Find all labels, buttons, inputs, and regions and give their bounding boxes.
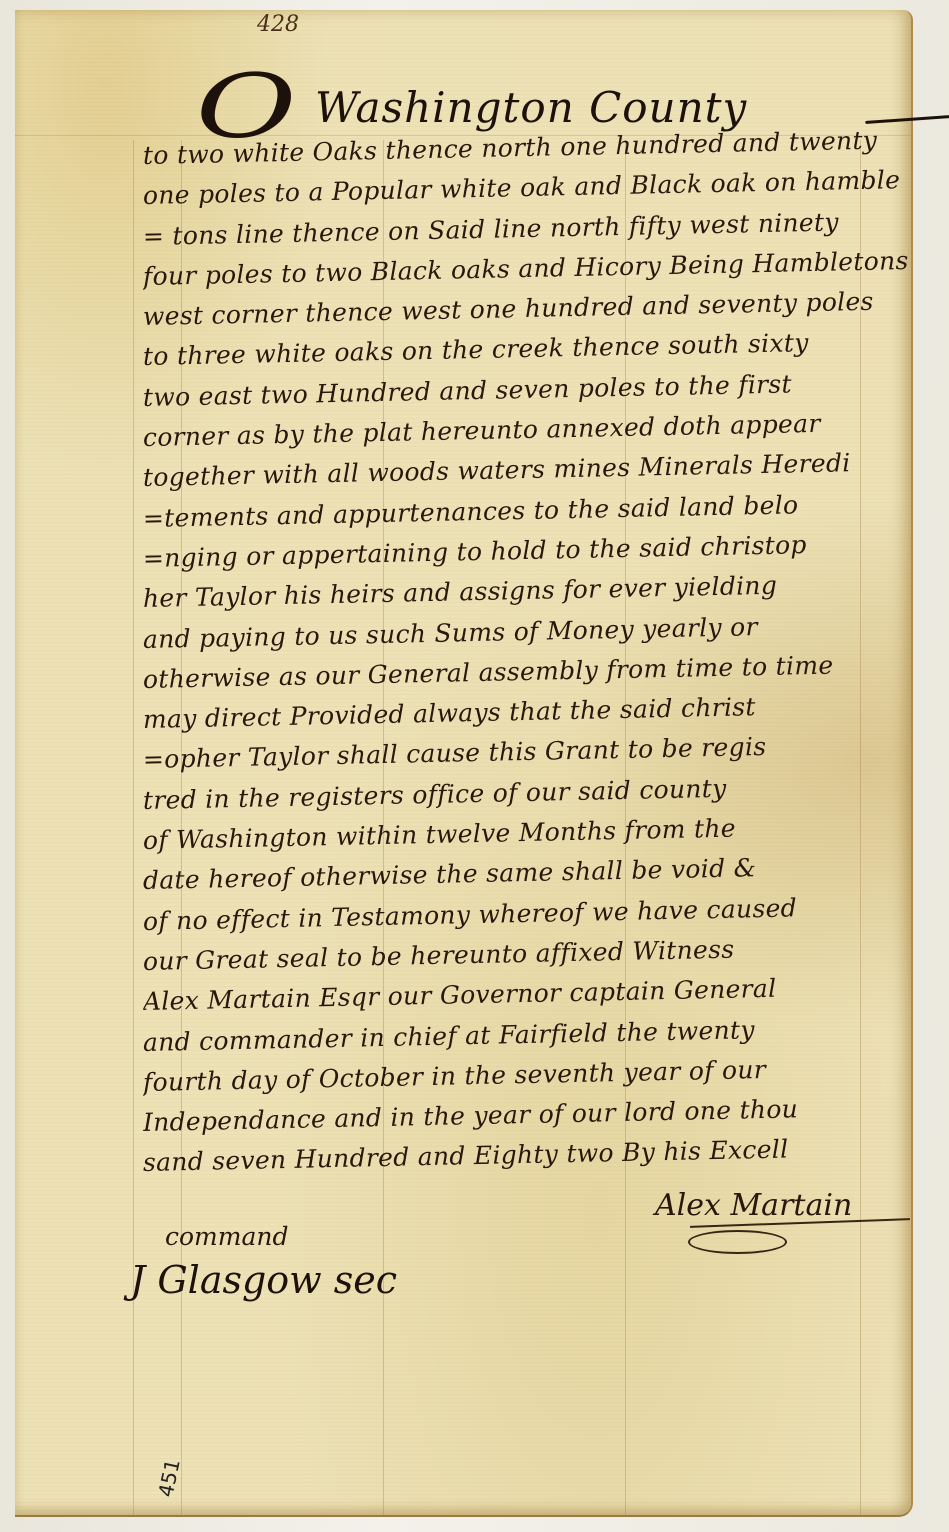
command-word: command xyxy=(165,1222,288,1251)
governor-signature: Alex Martain xyxy=(655,1188,852,1223)
grant-body-text: to two white Oaks thence north one hundr… xyxy=(143,136,923,1184)
folio-number-top: 428 xyxy=(257,12,299,37)
signature-flourish-paraph xyxy=(688,1230,787,1254)
secretary-signature: J Glasgow sec xyxy=(130,1258,397,1302)
margin-rule-left xyxy=(133,140,134,1515)
